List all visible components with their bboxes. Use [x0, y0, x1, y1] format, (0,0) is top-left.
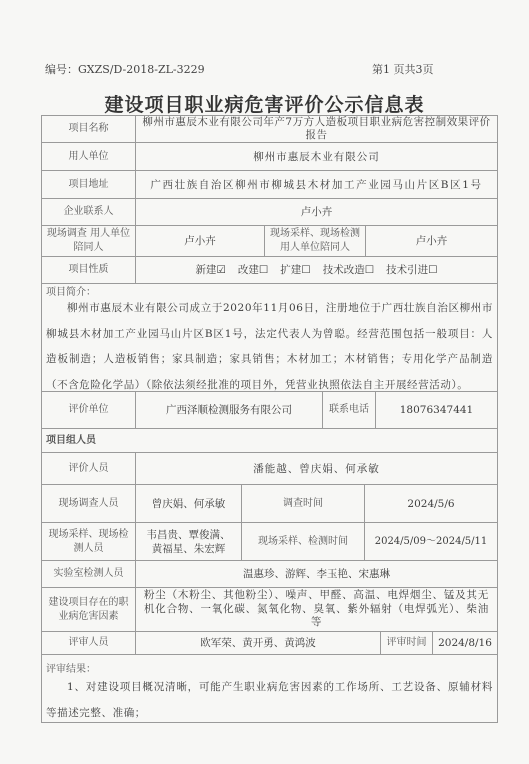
- review-time-value: 2024/8/16: [432, 631, 498, 655]
- survey-escort-label: 现场调查 用人单位陪同人: [41, 225, 136, 257]
- checkbox-icon[interactable]: ☐: [259, 264, 268, 276]
- summary-text: 柳州市惠辰木业有限公司成立于2020年11月06日，注册地位于广西壮族自治区柳州…: [46, 296, 493, 398]
- survey-time-value: 2024/5/6: [364, 484, 498, 523]
- hazards-value: 粉尘（木粉尘、其他粉尘）、噪声、甲醛、高温、电焊烟尘、锰及其无机化合物、一氧化碳…: [135, 587, 498, 632]
- project-name-label: 项目名称: [41, 115, 136, 143]
- nature-option-expand[interactable]: 扩建☐: [280, 263, 310, 277]
- phone-label: 联系电话: [322, 391, 376, 429]
- assessors-label: 评价人员: [41, 452, 136, 485]
- phone-value: 18076347441: [375, 391, 498, 429]
- project-summary: 项目简介： 柳州市惠辰木业有限公司成立于2020年11月06日，注册地位于广西壮…: [41, 283, 498, 392]
- address-label: 项目地址: [41, 170, 136, 199]
- lab-staff-label: 实验室检测人员: [41, 560, 136, 588]
- checkbox-icon[interactable]: ☐: [301, 264, 310, 276]
- document-number: 编号：GXZS/D-2018-ZL-3229: [45, 61, 205, 77]
- sampling-staff-value: 韦昌贵、覃俊满、黄福星、朱宏辉: [135, 522, 242, 561]
- contact-value: 卢小卉: [135, 198, 498, 226]
- survey-time-label: 调查时间: [241, 484, 365, 523]
- review-time-label: 评审时间: [380, 631, 433, 655]
- lab-staff-value: 温惠珍、游辉、李玉艳、宋惠琳: [135, 560, 498, 588]
- nature-option-rebuild[interactable]: 改建☐: [238, 263, 268, 277]
- sampling-escort-value: 卢小卉: [365, 225, 498, 257]
- nature-option-tech-import[interactable]: 技术引进☐: [386, 263, 437, 277]
- page-info: 第1 页共3页: [372, 61, 434, 77]
- reviewers-label: 评审人员: [41, 631, 136, 655]
- checkbox-icon[interactable]: ☐: [428, 264, 437, 276]
- nature-option-tech-renovation[interactable]: 技术改造☐: [323, 263, 374, 277]
- sampling-staff-label: 现场采样、现场检测人员: [41, 522, 136, 561]
- survey-staff-label: 现场调查人员: [41, 484, 136, 523]
- employer-value: 柳州市惠辰木业有限公司: [135, 142, 498, 171]
- team-section-header: 项目组人员: [41, 428, 498, 453]
- nature-options: 新建☑ 改建☐ 扩建☐ 技术改造☐ 技术引进☐: [135, 256, 498, 284]
- sampling-time-value: 2024/5/09～2024/5/11: [364, 522, 498, 561]
- assessors-value: 潘能越、曾庆娟、何承敏: [135, 452, 498, 485]
- reviewers-value: 欧军荣、黄开勇、黄鸿波: [135, 631, 381, 655]
- sampling-escort-label: 现场采样、现场检测 用人单位陪同人: [264, 225, 366, 257]
- nature-label: 项目性质: [41, 256, 136, 284]
- page-title: 建设项目职业病危害评价公示信息表: [0, 90, 529, 117]
- contact-label: 企业联系人: [41, 198, 136, 226]
- review-result: 评审结果： 1、对建设项目概况清晰，可能产生职业病危害因素的工作场所、工艺设备、…: [41, 654, 498, 723]
- evaluator-value: 广西泽顺检测服务有限公司: [135, 391, 323, 429]
- sampling-time-label: 现场采样、检测时间: [241, 522, 365, 561]
- checkbox-checked-icon[interactable]: ☑: [216, 264, 225, 276]
- survey-staff-value: 曾庆娟、何承敏: [135, 484, 242, 523]
- employer-label: 用人单位: [41, 142, 136, 171]
- evaluator-label: 评价单位: [41, 391, 136, 429]
- survey-escort-value: 卢小卉: [135, 225, 265, 257]
- review-result-text: 1、对建设项目概况清晰，可能产生职业病危害因素的工作场所、工艺设备、原辅材料等描…: [46, 675, 493, 726]
- nature-option-new[interactable]: 新建☑: [195, 263, 225, 277]
- hazards-label: 建设项目存在的职业病危害因素: [41, 587, 136, 632]
- checkbox-icon[interactable]: ☐: [365, 264, 374, 276]
- address-value: 广西壮族自治区柳州市柳城县木材加工产业园马山片区B区1号: [135, 170, 498, 199]
- project-name-value: 柳州市惠辰木业有限公司年产7万方人造板项目职业病危害控制效果评价报告: [135, 115, 498, 143]
